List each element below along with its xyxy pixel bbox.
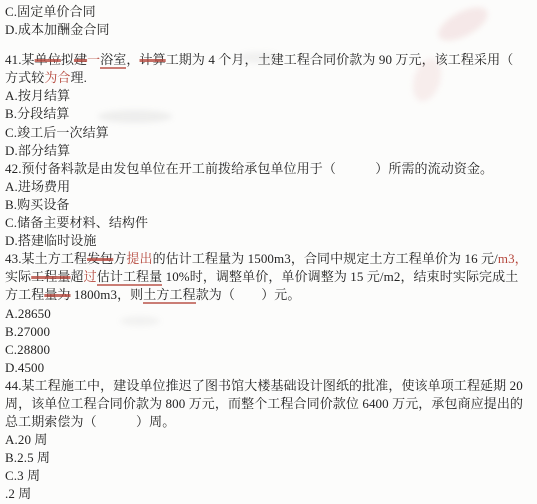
q44-option-d: .2 周 [5,485,535,503]
text-segment: A.按月结算 [5,88,70,103]
text-segment: D.成本加酬金合同 [5,22,110,37]
text-segment: D.搭建临时设施 [5,233,96,248]
text-segment: 方 [113,251,126,266]
red-annotated-text: 单位 [35,52,61,67]
text-segment: 方式较 [5,70,44,85]
q43-option-d: D.4500 [5,359,535,377]
text-segment: 周，该单位工程合同价款为 800 万元，而整个工程合同价款位 6400 万元，承… [5,396,523,411]
q41-stem-line-2: 方式较为合理. [5,69,535,87]
q41-option-a: A.按月结算 [5,87,535,105]
text-segment: 总工期索偿为（ ）周。 [5,414,175,429]
text-segment: B.27000 [5,324,50,339]
text-segment: 超 [71,269,84,284]
q44-option-c: C.3 周 [5,467,535,485]
q44-option-b: B.2.5 周 [5,449,535,467]
red-annotated-text: 浴室 [100,52,126,69]
q43-option-c: C.28800 [5,341,535,359]
red-annotated-text: 提出 [126,251,152,266]
text-segment: 款为（ ）元。 [196,287,301,302]
text-segment: 44.某工程施工中，建设单位推迟了图书馆大楼基础设计图纸的批准，使该单项工程延期… [5,378,523,393]
text-segment: 拟 [61,52,74,67]
text-segment: A.进场费用 [5,179,70,194]
red-annotated-text: 计算 [140,52,166,67]
red-annotated-text: 发包 [87,251,113,266]
q41-option-d: D.部分结算 [5,142,535,160]
red-annotated-text: 工程量 [123,269,162,286]
q42-option-d: D.搭建临时设施 [5,232,535,250]
q43-stem-line-2: 实际工程量超过估计工程量 10%时，调整单价，单价调整为 15 元/m2，结束时… [5,268,535,286]
q43-option-a: A.28650 [5,305,535,323]
text-segment: C.28800 [5,342,50,357]
text-segment: ， [126,52,139,67]
q43-option-b: B.27000 [5,323,535,341]
exam-page-text: C.固定单价合同D.成本加酬金合同41.某单位拟建一浴室，计算工期为 4 个月，… [5,3,535,504]
red-annotated-text: 工程量 [31,269,70,284]
text-segment: 42.预付备料款是由发包单位在开工前拨给承包单位用于（ ）所需的流动资金。 [5,161,493,176]
text-segment: A.20 周 [5,432,48,447]
q40-option-c: C.固定单价合同 [5,3,535,21]
red-annotated-text: 过 [84,269,97,284]
q41-option-b: B.分段结算 [5,105,535,123]
text-segment: C.3 周 [5,468,40,483]
red-annotated-text: m3， [498,251,528,266]
q44-stem-line-2: 周，该单位工程合同价款为 800 万元，而整个工程合同价款位 6400 万元，承… [5,395,535,413]
text-segment: 10%时，调整单价，单价调整为 15 元/m2，结束时实际完成土 [162,269,518,284]
text-segment: B.购买设备 [5,197,70,212]
text-segment: 方工程 [5,287,44,302]
text-segment: C.储备主要材料、结构件 [5,215,148,230]
q42-stem: 42.预付备料款是由发包单位在开工前拨给承包单位用于（ ）所需的流动资金。 [5,160,535,178]
red-annotated-text: 土方工程 [143,287,195,304]
q43-stem-line-1: 43.某土方工程发包方提出的估计工程量为 1500m3，合同中规定土方工程单价为… [5,250,535,268]
text-segment: 工期为 4 个月，土建工程合同价款为 90 万元，该工程采用（ [166,52,514,67]
q40-option-d: D.成本加酬金合同 [5,21,535,39]
q42-option-c: C.储备主要材料、结构件 [5,214,535,232]
red-annotated-text: 量为 [44,287,70,302]
text-segment: B.2.5 周 [5,450,50,465]
text-segment: A.28650 [5,306,51,321]
q43-stem-line-3: 方工程量为 1800m3，则土方工程款为（ ）元。 [5,286,535,304]
red-annotated-text: 建 [74,52,87,67]
text-segment: .2 周 [5,486,31,501]
red-annotated-text: 估计 [97,269,123,286]
text-segment: 41.某 [5,52,35,67]
text-segment: B.分段结算 [5,106,70,121]
text-segment: D.部分结算 [5,143,70,158]
q44-stem-line-3: 总工期索偿为（ ）周。 [5,413,535,431]
text-segment: 43.某土方工程 [5,251,87,266]
text-segment: 的估计工程量为 1500m3，合同中规定土方工程单价为 16 元/ [153,251,498,266]
q42-option-b: B.购买设备 [5,196,535,214]
text-segment: 实际 [5,269,31,284]
text-segment: 1800m3，则 [71,287,144,302]
text-segment: C.固定单价合同 [5,4,96,19]
text-segment: D.4500 [5,360,44,375]
q42-option-a: A.进场费用 [5,178,535,196]
q44-option-a: A.20 周 [5,431,535,449]
q44-stem-line-1: 44.某工程施工中，建设单位推迟了图书馆大楼基础设计图纸的批准，使该单项工程延期… [5,377,535,395]
red-annotated-text: 一 [87,52,100,67]
q41-stem-line-1: 41.某单位拟建一浴室，计算工期为 4 个月，土建工程合同价款为 90 万元，该… [5,51,535,69]
text-segment: 理. [71,70,87,85]
q41-option-c: C.竣工后一次结算 [5,124,535,142]
red-annotated-text: 为合 [44,70,70,85]
text-segment: C.竣工后一次结算 [5,125,109,140]
